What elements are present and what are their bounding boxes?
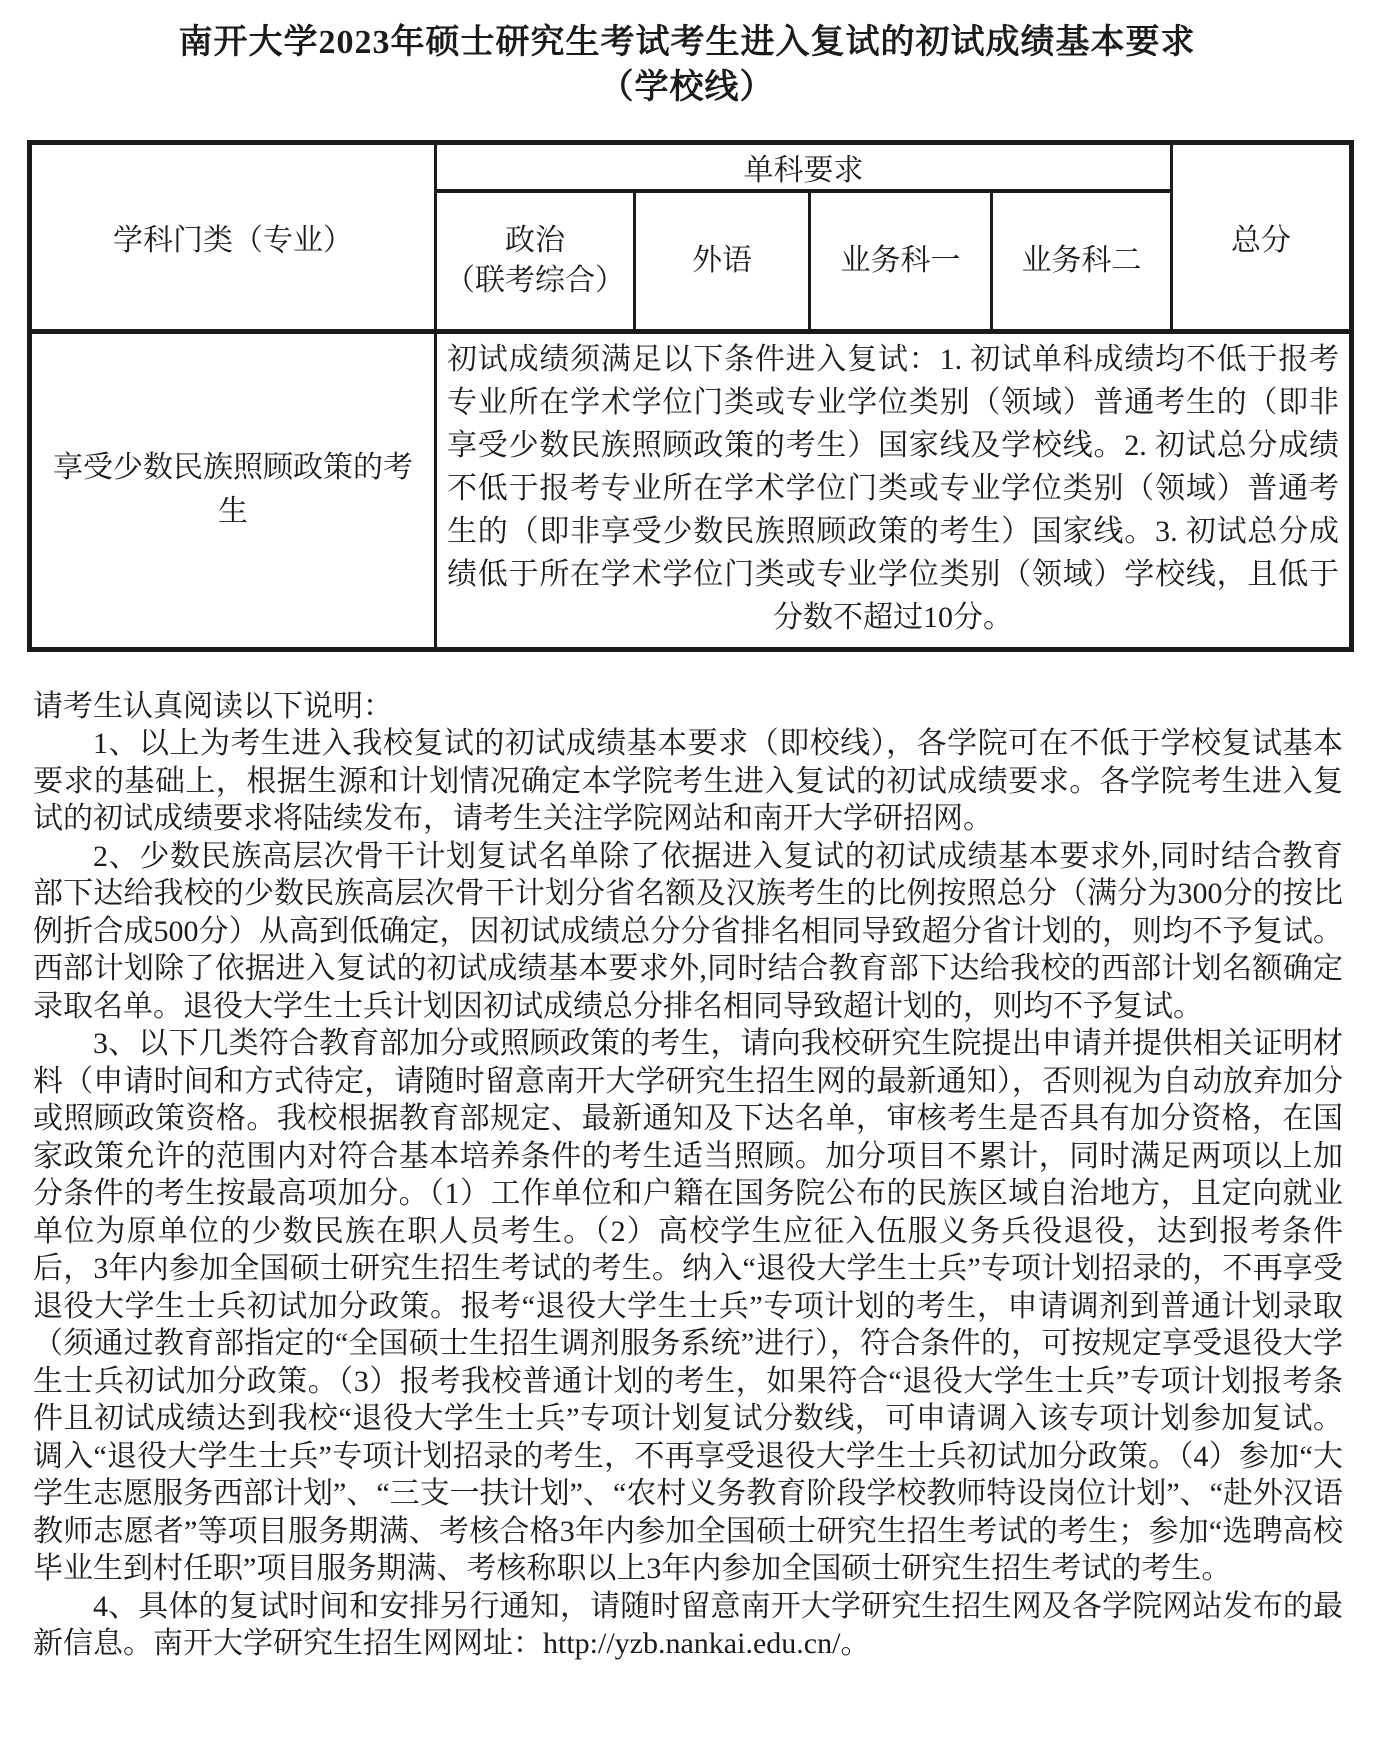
header-cell-foreign-language: 外语: [635, 191, 810, 331]
document-page: 南开大学2023年硕士研究生考试考生进入复试的初试成绩基本要求 （学校线） 学科…: [0, 0, 1374, 1764]
table-header-row-1: 学科门类（专业） 单科要求 总分: [30, 143, 1352, 192]
note-item-2: 2、少数民族高层次骨干计划复试名单除了依据进入复试的初试成绩基本要求外,同时结合…: [33, 838, 1343, 1026]
header-cell-single-subject-requirement: 单科要求: [436, 143, 1172, 192]
document-title: 南开大学2023年硕士研究生考试考生进入复试的初试成绩基本要求 （学校线）: [40, 20, 1334, 110]
header-cell-business-course-1: 业务科一: [810, 191, 992, 331]
header-cell-business-course-2: 业务科二: [992, 191, 1172, 331]
header-cell-total-score: 总分: [1172, 143, 1352, 332]
politics-label-line-1: 政治: [437, 221, 633, 261]
note-item-1: 1、以上为考生进入我校复试的初试成绩基本要求（即校线），各学院可在不低于学校复试…: [33, 725, 1343, 838]
note-item-3: 3、以下几类符合教育部加分或照顾政策的考生，请向我校研究生院提出申请并提供相关证…: [33, 1025, 1343, 1588]
body-cell-score-requirement: 初试成绩须满足以下条件进入复试：1. 初试单科成绩均不低于报考专业所在学术学位门…: [436, 331, 1352, 649]
politics-label-line-2: （联考综合）: [437, 261, 633, 301]
score-requirements-table: 学科门类（专业） 单科要求 总分 政治 （联考综合） 外语 业务科一 业务科二 …: [27, 140, 1354, 652]
notes-section: 请考生认真阅读以下说明： 1、以上为考生进入我校复试的初试成绩基本要求（即校线）…: [33, 688, 1343, 1663]
title-line-2: （学校线）: [40, 65, 1334, 110]
body-cell-candidate-category: 享受少数民族照顾政策的考生: [30, 331, 436, 649]
note-item-4: 4、具体的复试时间和安排另行通知，请随时留意南开大学研究生招生网及各学院网站发布…: [33, 1588, 1343, 1663]
table-body-row: 享受少数民族照顾政策的考生 初试成绩须满足以下条件进入复试：1. 初试单科成绩均…: [30, 331, 1352, 649]
title-line-1: 南开大学2023年硕士研究生考试考生进入复试的初试成绩基本要求: [40, 20, 1334, 65]
header-cell-politics: 政治 （联考综合）: [436, 191, 635, 331]
notes-intro: 请考生认真阅读以下说明：: [33, 688, 1343, 726]
header-cell-subject-category: 学科门类（专业）: [30, 143, 436, 332]
